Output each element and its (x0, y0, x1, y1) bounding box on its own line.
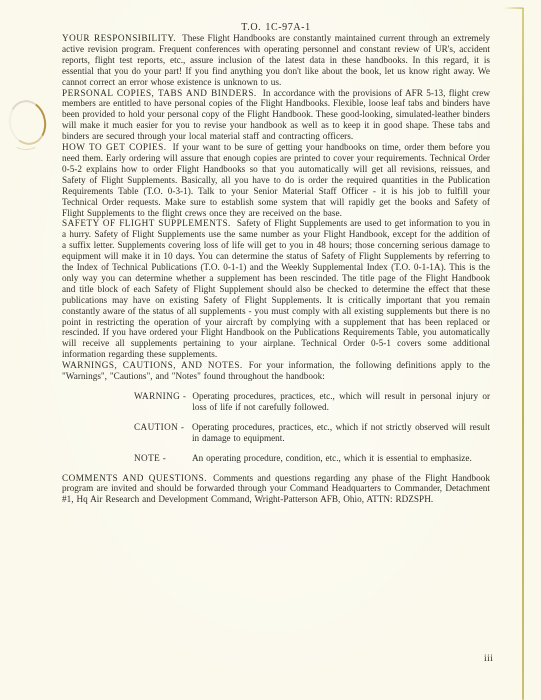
section-heading: YOUR RESPONSIBILITY. (62, 33, 182, 43)
definition-text: Operating procedures, practices, etc., w… (192, 422, 490, 444)
definition-note: NOTE - An operating procedure, condition… (134, 453, 490, 464)
section-your-responsibility: YOUR RESPONSIBILITY.These Flight Handboo… (62, 33, 490, 88)
section-personal-copies-tabs-binders: PERSONAL COPIES, TABS AND BINDERS.In acc… (62, 88, 490, 143)
definitions-list: WARNING - Operating procedures, practice… (134, 391, 490, 464)
page-number: iii (484, 654, 493, 664)
page-edge-line (522, 8, 524, 700)
section-heading: COMMENTS AND QUESTIONS. (62, 473, 213, 483)
section-how-to-get-copies: HOW TO GET COPIES.If your want to be sur… (62, 142, 490, 218)
section-heading: HOW TO GET COPIES. (62, 142, 173, 152)
page-edge-line-top (503, 7, 524, 9)
section-heading: PERSONAL COPIES, TABS AND BINDERS. (62, 88, 263, 98)
definition-term: NOTE - (134, 453, 186, 464)
definition-term: CAUTION - (134, 422, 186, 444)
section-heading: WARNINGS, CAUTIONS, AND NOTES. (62, 360, 249, 370)
page-content: T.O. 1C-97A-1 YOUR RESPONSIBILITY.These … (62, 0, 490, 505)
section-warnings-cautions-notes: WARNINGS, CAUTIONS, AND NOTES.For your i… (62, 360, 490, 382)
document-page: T.O. 1C-97A-1 YOUR RESPONSIBILITY.These … (0, 0, 541, 700)
definition-caution: CAUTION - Operating procedures, practice… (134, 422, 490, 444)
definition-text: An operating procedure, condition, etc.,… (192, 453, 490, 464)
section-body: If your want to be sure of getting your … (62, 142, 490, 217)
section-heading: SAFETY OF FLIGHT SUPPLEMENTS. (62, 218, 237, 228)
section-body: Safety of Flight Supplements are used to… (62, 218, 490, 359)
doc-number: T.O. 1C-97A-1 (62, 0, 490, 33)
section-comments-and-questions: COMMENTS AND QUESTIONS.Comments and ques… (62, 473, 490, 506)
definition-text: Operating procedures, practices, etc., w… (192, 391, 490, 413)
definition-warning: WARNING - Operating procedures, practice… (134, 391, 490, 413)
section-safety-of-flight-supplements: SAFETY OF FLIGHT SUPPLEMENTS.Safety of F… (62, 218, 490, 360)
stain-mark-faint (14, 138, 38, 150)
definition-term: WARNING - (134, 391, 186, 413)
